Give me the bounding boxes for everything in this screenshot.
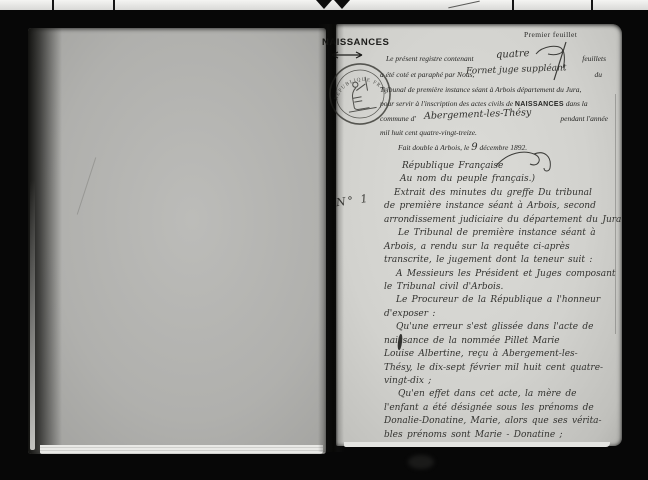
form-text: a été coté et paraphé par Nous, xyxy=(380,70,474,79)
page-edge-stack xyxy=(344,442,610,447)
film-tick-mark xyxy=(591,0,593,10)
page-crease xyxy=(77,157,96,214)
form-text: pendant l'année xyxy=(560,114,608,123)
act-line: arrondissement judiciaire du département… xyxy=(382,214,620,227)
act-line: l'enfant a été désignée sous les prénoms… xyxy=(382,402,620,415)
form-text: Tribunal de première instance séant à Ar… xyxy=(380,85,581,94)
act-line: Le Tribunal de première instance séant à xyxy=(382,227,620,240)
double-arrow-icon xyxy=(330,51,364,59)
act-line: A Messieurs les Président et Juges compo… xyxy=(382,268,620,281)
film-tick-mark xyxy=(512,0,514,10)
act-line: d'exposer : xyxy=(382,308,620,321)
film-tick-mark xyxy=(52,0,54,10)
form-text: pour servir à l'inscription des actes ci… xyxy=(380,99,588,108)
form-text: pour servir à l'inscription des actes ci… xyxy=(380,99,513,108)
handwritten-entry: Abergement-les-Thésy xyxy=(424,107,532,122)
act-line: vingt-dix ; xyxy=(382,375,620,388)
act-line: Qu'une erreur s'est glissée dans l'acte … xyxy=(382,321,620,334)
film-tick-mark xyxy=(113,0,115,10)
act-number-margin-note: N° 1 xyxy=(335,192,370,210)
film-edge-strip xyxy=(0,0,648,10)
act-line: Donalie-Donatine, Marie, alors que ses v… xyxy=(382,415,620,428)
left-page-blank xyxy=(28,28,326,454)
handwritten-entry: quatre xyxy=(496,48,530,61)
right-page-register: Premier feuillet NAISSANCES RÉPUBLIQUE F… xyxy=(336,24,622,446)
act-line: Qu'en effet dans cet acte, la mère de xyxy=(382,388,620,401)
act-line: le Tribunal civil d'Arbois. xyxy=(382,281,620,294)
form-text: commune d' xyxy=(380,114,416,123)
page-edge-stack xyxy=(40,445,323,454)
act-line: naissance de la nommée Pillet Marie xyxy=(382,335,620,348)
form-text: Fait double à Arbois, le xyxy=(398,143,469,152)
act-line: Arbois, a rendu sur la requête ci-après xyxy=(382,241,620,254)
handwritten-entry: 9 xyxy=(471,142,477,153)
handwritten-act: République Française Au nom du peuple fr… xyxy=(382,160,620,442)
page-edge-highlight xyxy=(30,180,35,450)
form-text: mil huit cent quatre-vingt-treize. xyxy=(380,128,477,137)
section-title: NAISSANCES xyxy=(322,37,389,48)
act-line: Louise Albertine, reçu à Abergement-les- xyxy=(382,348,620,361)
film-frame-marker-icon xyxy=(316,0,332,9)
act-line: Le Procureur de la République a l'honneu… xyxy=(382,294,620,307)
film-frame-marker-icon xyxy=(334,0,350,9)
form-text: feuillets xyxy=(582,54,606,63)
form-text: Le présent registre contenant xyxy=(386,54,474,63)
act-line: Au nom du peuple français.) xyxy=(382,173,620,186)
film-scratch xyxy=(448,1,480,9)
handwritten-entry: Fornet juge suppléant xyxy=(466,63,567,77)
act-line: transcrite, le jugement dont la teneur s… xyxy=(382,254,620,267)
microfilm-scan: Premier feuillet NAISSANCES RÉPUBLIQUE F… xyxy=(0,0,648,480)
form-text: du xyxy=(595,70,603,79)
act-line: bles prénoms sont Marie - Donatine ; xyxy=(382,429,620,442)
register-formula: Le présent registre contenant quatre feu… xyxy=(380,52,608,156)
act-line: Extrait des minutes du greffe Du tribuna… xyxy=(382,187,620,200)
act-line: Thésy, le dix-sept février mil huit cent… xyxy=(382,362,620,375)
film-smudge xyxy=(408,455,434,469)
act-line: de première instance séant à Arbois, sec… xyxy=(382,200,620,213)
act-line: République Française xyxy=(382,160,620,173)
form-text: dans la xyxy=(566,99,588,108)
